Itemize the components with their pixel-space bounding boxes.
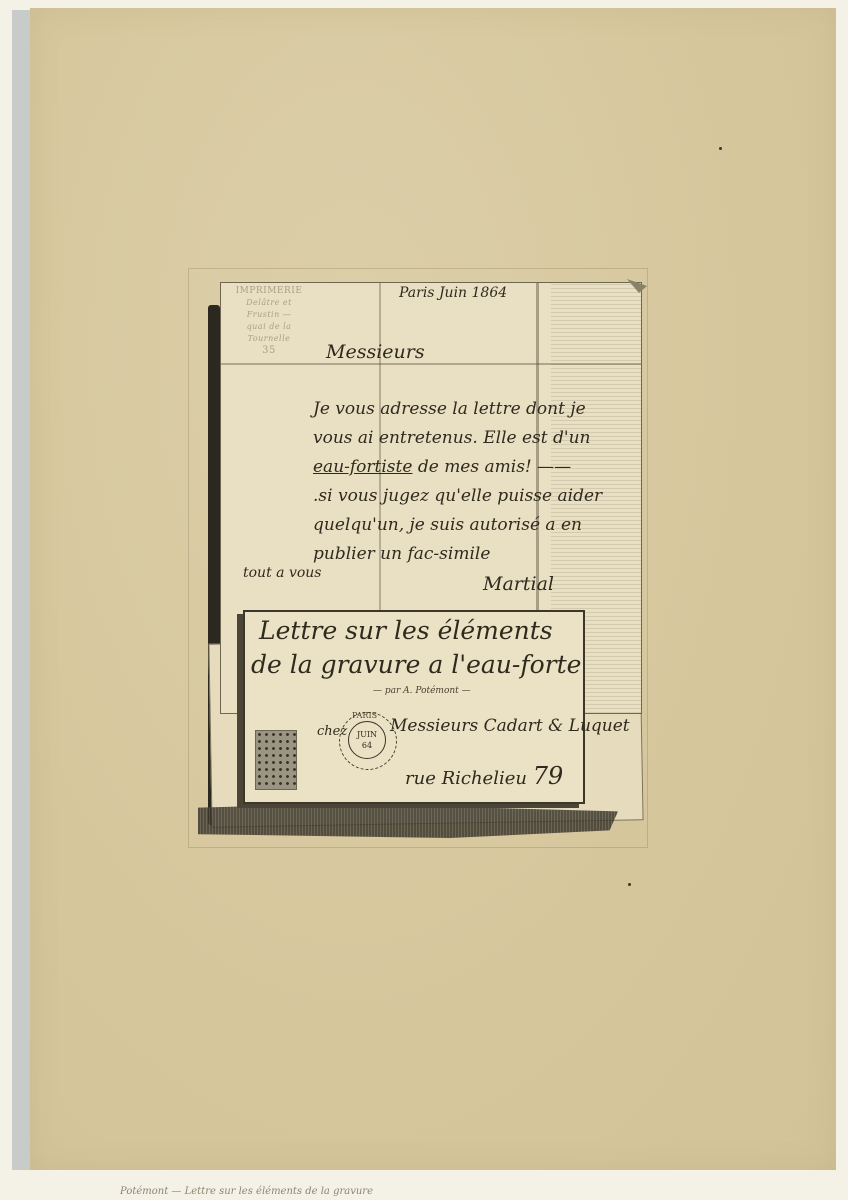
paper-speck (719, 147, 722, 150)
mount-strip (12, 10, 31, 1170)
letter-date: Paris Juin 1864 (399, 285, 507, 301)
bottom-inscription: Potémont — Lettre sur les éléments de la… (120, 1186, 373, 1197)
postage-stamp-icon (255, 730, 297, 790)
letterhead-line4: 35 (229, 345, 309, 357)
underlined-word: eau-fortiste (313, 457, 412, 477)
letter-signature: Martial (483, 573, 554, 595)
letter-closing: tout a vous (243, 565, 321, 581)
letter-line: Je vous adresse la lettre dont je (313, 395, 643, 424)
letter-line: eau-fortiste de mes amis! —— (313, 453, 643, 482)
postmark-city: PARIS (352, 711, 377, 720)
envelope: Lettre sur les éléments de la gravure a … (243, 610, 585, 804)
letter-body: Je vous adresse la lettre dont je vous a… (313, 395, 643, 569)
envelope-title-line2: de la gravure a l'eau-forte (251, 650, 581, 679)
letter-line: publier un fac-simile (313, 540, 643, 569)
postmark-icon: PARIS JUIN 64 (339, 712, 397, 770)
letterhead-line2: Delâtre et Frustin — (229, 297, 309, 321)
envelope-addressee: Messieurs Cadart & Luquet (390, 716, 630, 736)
paper-speck (628, 883, 631, 886)
letter-line: vous ai entretenus. Elle est d'un (313, 424, 643, 453)
street-number: 79 (533, 762, 564, 790)
letterhead-stamp: IMPRIMERIE Delâtre et Frustin — quai de … (229, 285, 309, 357)
letterhead-line3: quai de la Tournelle (229, 321, 309, 345)
envelope-title-line1: Lettre sur les éléments (259, 616, 553, 645)
letterhead-line1: IMPRIMERIE (229, 285, 309, 297)
letter-salutation: Messieurs (326, 341, 425, 363)
postmark-date: JUIN 64 (348, 721, 386, 759)
letter-line: .si vous jugez qu'elle puisse aider (313, 482, 643, 511)
envelope-author: — par A. Potémont — (373, 686, 471, 696)
envelope-street: rue Richelieu 79 (405, 762, 563, 790)
letter-line: quelqu'un, je suis autorisé a en (313, 511, 643, 540)
